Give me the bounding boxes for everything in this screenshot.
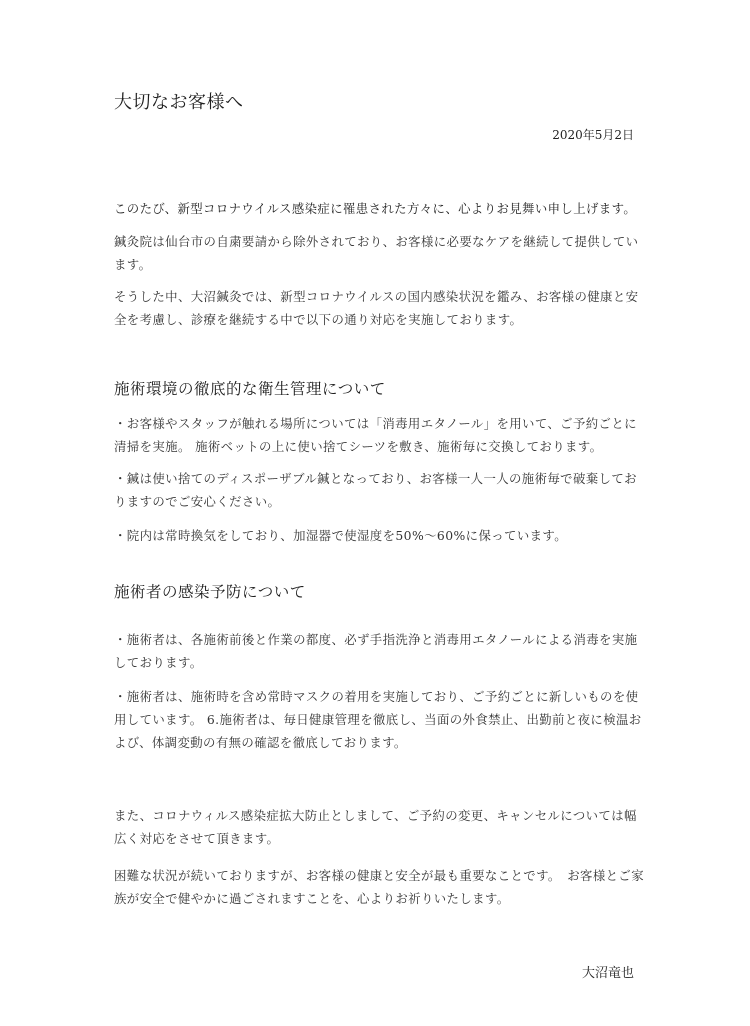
intro-paragraph-3: そうした中、大沼鍼灸では、新型コロナウイルスの国内感染状況を鑑み、お客様の健康と… — [114, 285, 644, 331]
intro-paragraph-1: このたび、新型コロナウイルス感染症に罹患された方々に、心よりお見舞い申し上げます… — [114, 197, 644, 220]
letter-date: 2020年5月2日 — [552, 126, 634, 143]
section-heading-hygiene: 施術環境の徹底的な衛生管理について — [114, 377, 386, 399]
letter-page: 大切なお客様へ 2020年5月2日 このたび、新型コロナウイルス感染症に罹患され… — [0, 0, 750, 1026]
hygiene-item-1: ・お客様やスタッフが触れる場所については「消毒用エタノール」を用いて、ご予約ごと… — [114, 412, 644, 458]
signature: 大沼竜也 — [582, 962, 634, 981]
section-heading-prevention: 施術者の感染予防について — [114, 580, 306, 602]
intro-paragraph-2: 鍼灸院は仙台市の自粛要請から除外されており、お客様に必要なケアを継続して提供して… — [114, 230, 644, 276]
closing-paragraph-1: また、コロナウィルス感染症拡大防止としまして、ご予約の変更、キャンセルについては… — [114, 804, 644, 850]
salutation: 大切なお客様へ — [114, 88, 244, 114]
prevention-item-1: ・施術者は、各施術前後と作業の都度、必ず手指洗浄と消毒用エタノールによる消毒を実… — [114, 628, 644, 674]
prevention-item-2: ・施術者は、施術時を含め常時マスクの着用を実施しており、ご予約ごとに新しいものを… — [114, 685, 644, 754]
hygiene-item-3: ・院内は常時換気をしており、加湿器で使湿度を50%〜60%に保っています。 — [114, 524, 644, 547]
hygiene-item-2: ・鍼は使い捨てのディスポーザブル鍼となっており、お客様一人一人の施術毎で破棄して… — [114, 467, 644, 513]
closing-paragraph-2: 困難な状況が続いておりますが、お客様の健康と安全が最も重要なことです。 お客様と… — [114, 864, 644, 910]
